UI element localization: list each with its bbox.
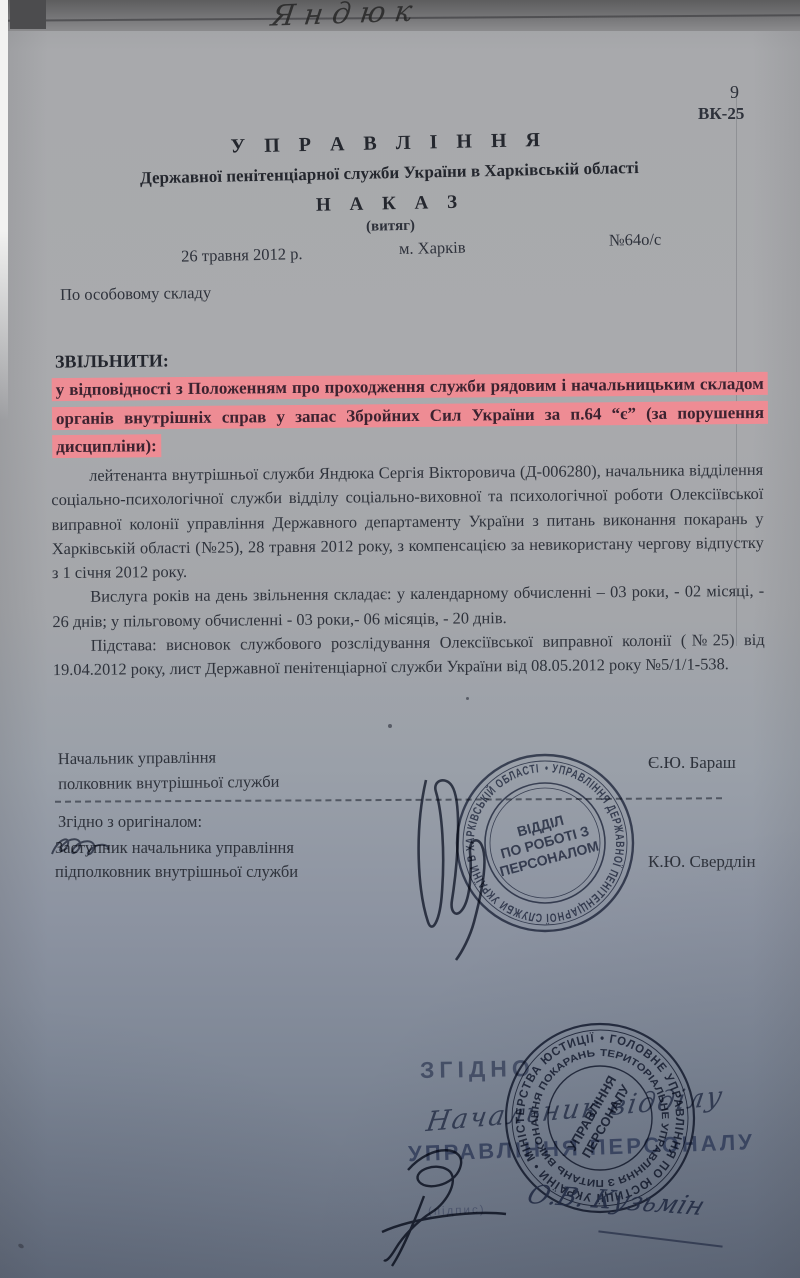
signature-underline-flourish <box>598 1230 722 1247</box>
highlight-marker: у відповідності з Положенням про проходж… <box>52 372 768 458</box>
chief-signature-titles: Начальник управління полковник внутрішнь… <box>58 744 280 796</box>
paragraph-service-record: Вислуга років на день звільнення складає… <box>52 579 764 634</box>
ink-dot <box>388 724 392 728</box>
certifier-handwritten-signature <box>372 1136 514 1268</box>
handwritten-initial-scribble <box>48 832 130 862</box>
chief-name: Є.Ю. Бараш <box>648 753 736 773</box>
chief-title-line2: полковник внутрішньої служби <box>58 769 280 796</box>
document-number: №64о/с <box>609 230 662 251</box>
action-heading: ЗВІЛЬНИТИ: <box>55 350 169 372</box>
chief-title-line1: Начальник управління <box>58 744 280 771</box>
deputy-name: К.Ю. Свердлін <box>648 852 756 872</box>
page-number: 9 <box>730 82 739 103</box>
form-code: ВК-25 <box>698 104 744 124</box>
highlighted-clause: у відповідності з Положенням про проходж… <box>52 370 769 462</box>
document-header: У П Р А В Л І Н Н Я Державної пенітенціа… <box>0 124 800 281</box>
ink-dot <box>17 1243 24 1249</box>
document-city: м. Харків <box>399 238 466 259</box>
ink-dot <box>466 697 469 700</box>
scan-dark-corner <box>10 0 46 29</box>
top-handwriting-surname: Яндюк <box>269 0 423 33</box>
paragraph-basis: Підстава: висновок службового розслідува… <box>53 628 765 683</box>
deputy-title-line2: підполковник внутрішньої служби <box>55 862 298 882</box>
deputy-handwritten-signature <box>412 772 507 964</box>
subject-line: По особовому складу <box>60 283 211 305</box>
scanned-order-document: Яндюк 9 ВК-25 У П Р А В Л І Н Н Я Держав… <box>0 0 800 1278</box>
paragraph-officer: лейтенанта внутрішньої служби Яндюка Сер… <box>51 458 764 586</box>
certified-label: Згідно з оригіналом: <box>58 812 202 832</box>
document-date: 26 травня 2012 р. <box>181 244 303 267</box>
order-body: лейтенанта внутрішньої служби Яндюка Сер… <box>51 458 765 683</box>
